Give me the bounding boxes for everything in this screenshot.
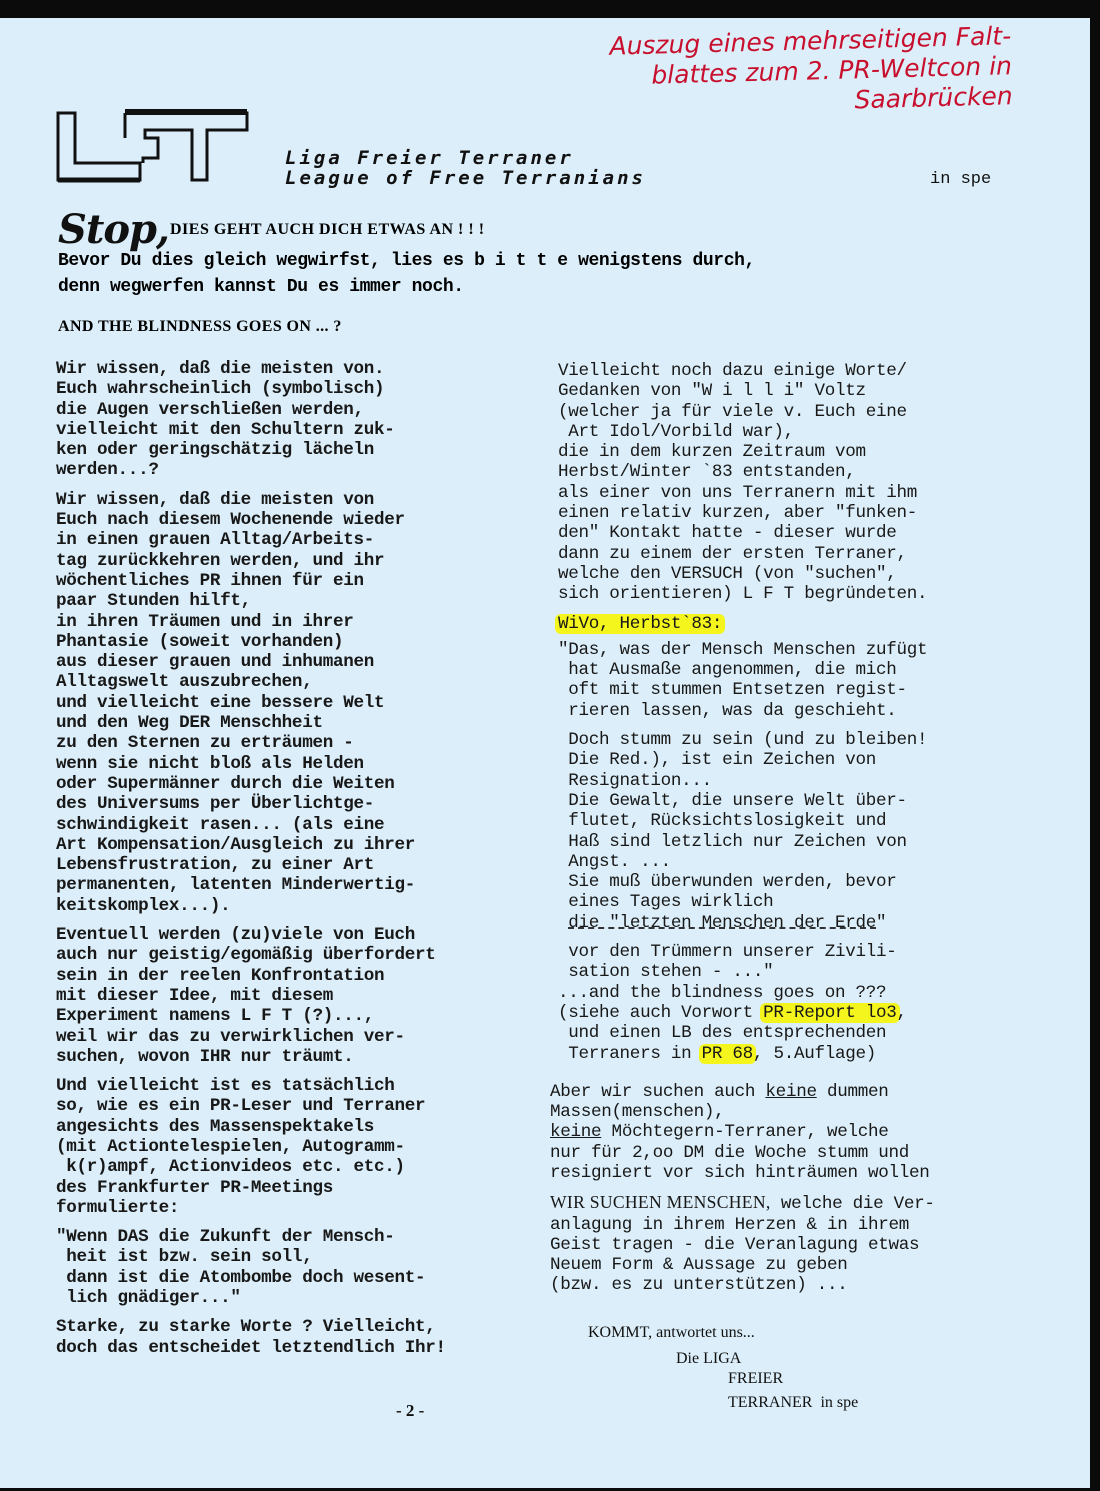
text-line: angesichts des Massenspektakels xyxy=(56,1117,536,1137)
text-line: Gedanken von "W i l l i" Voltz xyxy=(558,381,1038,401)
text-line: Wir wissen, daß die meisten von xyxy=(56,490,536,510)
text-line: paar Stunden hilft, xyxy=(56,591,536,611)
text-line: schwindigkeit rasen... (als eine xyxy=(56,815,536,835)
text-line: Phantasie (soweit vorhanden) xyxy=(56,632,536,652)
text-line: dann ist die Atombombe doch wesent- xyxy=(56,1268,536,1288)
quote-paragraph-2: Doch stumm zu sein (und zu bleiben! Die … xyxy=(558,730,1038,913)
text-line: Euch wahrscheinlich (symbolisch) xyxy=(56,379,536,399)
text: Geist tragen - die Veranlagung etwas xyxy=(550,1235,1038,1255)
text-line: wöchentliches PR ihnen für ein xyxy=(56,571,536,591)
text-line: weil wir das zu verwirklichen ver- xyxy=(56,1027,536,1047)
text-line: (mit Actiontelespielen, Autogramm- xyxy=(56,1137,536,1157)
lft-logo-icon xyxy=(55,108,255,188)
text-line: die Augen verschließen werden, xyxy=(56,400,536,420)
in-spe-label: in spe xyxy=(930,170,991,189)
text-line: aus dieser grauen und inhumanen xyxy=(56,652,536,672)
text-line: Alltagswelt auszubrechen, xyxy=(56,672,536,692)
reference-text: (siehe auch Vorwort xyxy=(558,1003,763,1023)
text-line: rieren lassen, was da geschieht. xyxy=(558,701,1038,721)
text-line: Angst. ... xyxy=(558,852,1038,872)
intro-line: Bevor Du dies gleich wegwirfst, lies es … xyxy=(58,248,755,274)
text-line: vielleicht mit den Schultern zuk- xyxy=(56,420,536,440)
quote-paragraph-3: vor den Trümmern unserer Zivili- sation … xyxy=(558,942,1038,983)
text-line: k(r)ampf, Actionvideos etc. etc.) xyxy=(56,1157,536,1177)
stop-word: Stop, xyxy=(58,206,169,253)
underlined-word: keine xyxy=(550,1122,601,1142)
underlined-word: keine xyxy=(765,1082,816,1102)
reference-line-1: (siehe auch Vorwort PR-Report lo3, xyxy=(558,1003,1038,1023)
text: Massen(menschen), xyxy=(550,1102,1038,1122)
text: (bzw. es zu unterstützen) ... xyxy=(550,1275,1038,1295)
signature-call: KOMMT, antwortet uns... xyxy=(588,1320,858,1346)
text: anlagung in ihrem Herzen & in ihrem xyxy=(550,1215,1038,1235)
text: Aber wir suchen auch xyxy=(550,1082,765,1102)
paragraph: Starke, zu starke Worte ? Vielleicht,doc… xyxy=(56,1317,536,1358)
text-line: Art Idol/Vorbild war), xyxy=(558,422,1038,442)
organization-name-en: League of Free Terranians xyxy=(285,168,646,188)
text-line: "Wenn DAS die Zukunft der Mensch- xyxy=(56,1227,536,1247)
underlined-phrase: die "letzten Menschen der Erde xyxy=(568,913,876,933)
text-line: werden...? xyxy=(56,460,536,480)
text-line: formulierte: xyxy=(56,1198,536,1218)
text-line: permanenten, latenten Minderwertig- xyxy=(56,875,536,895)
text-line: mit dieser Idee, mit diesem xyxy=(56,986,536,1006)
intro-paragraph: Vielleicht noch dazu einige Worte/Gedank… xyxy=(558,361,1038,605)
text-line: Euch nach diesem Wochenende wieder xyxy=(56,510,536,530)
text-line: so, wie es ein PR-Leser und Terraner xyxy=(56,1096,536,1116)
text-line: welche den VERSUCH (von "suchen", xyxy=(558,564,1038,584)
caps-text: WIR SUCHEN MENSCHEN, xyxy=(550,1192,771,1212)
intro-line: denn wegwerfen kannst Du es immer noch. xyxy=(58,274,755,300)
reference-text: , xyxy=(897,1003,907,1023)
reference-text: , 5.Auflage) xyxy=(753,1044,876,1064)
text: Neuem Form & Aussage zu geben xyxy=(550,1255,1038,1275)
text-line: ken oder geringschätzig lächeln xyxy=(56,440,536,460)
text-line: zu den Sternen zu erträumen - xyxy=(56,733,536,753)
text-line: "Das, was der Mensch Menschen zufügt xyxy=(558,640,1038,660)
quote-underlined-line: die "letzten Menschen der Erde" xyxy=(558,913,1038,933)
text-line: keitskomplex...). xyxy=(56,896,536,916)
quote-paragraph-1: "Das, was der Mensch Menschen zufügt hat… xyxy=(558,640,1038,721)
text-line: den" Kontakt hatte - dieser wurde xyxy=(558,523,1038,543)
signature: KOMMT, antwortet uns... Die LIGA FREIER … xyxy=(588,1320,858,1416)
text-line: wenn sie nicht bloß als Helden xyxy=(56,754,536,774)
text: welche die Ver- xyxy=(771,1194,935,1214)
text-line: dann zu einem der ersten Terraner, xyxy=(558,544,1038,564)
organization-name: Liga Freier Terraner League of Free Terr… xyxy=(285,148,646,188)
text-line: tag zurückkehren werden, und ihr xyxy=(56,551,536,571)
text-line: (welcher ja für viele v. Euch eine xyxy=(558,402,1038,422)
text-line: Wir wissen, daß die meisten von. xyxy=(56,359,536,379)
blindness-line: ...and the blindness goes on ??? xyxy=(558,983,1038,1003)
text-line: Vielleicht noch dazu einige Worte/ xyxy=(558,361,1038,381)
text-line: in ihren Träumen und in ihrer xyxy=(56,612,536,632)
quote-source-highlight: WiVo, Herbst`83: xyxy=(555,614,725,634)
paragraph: Wir wissen, daß die meisten vonEuch nach… xyxy=(56,490,536,916)
text-line: sein in der reelen Konfrontation xyxy=(56,966,536,986)
text-line: Eventuell werden (zu)viele von Euch xyxy=(56,925,536,945)
text-line: Sie muß überwunden werden, bevor xyxy=(558,872,1038,892)
text-line: Experiment namens L F T (?)..., xyxy=(56,1006,536,1026)
right-column: Vielleicht noch dazu einige Worte/Gedank… xyxy=(558,361,1038,1305)
text-line: des Frankfurter PR-Meetings xyxy=(56,1178,536,1198)
intro-text: Bevor Du dies gleich wegwirfst, lies es … xyxy=(58,248,755,300)
reference-highlight-pr-68: PR 68 xyxy=(699,1044,756,1064)
paragraph: Eventuell werden (zu)viele von Euchauch … xyxy=(56,925,536,1067)
reference-highlight-pr-report: PR-Report lo3 xyxy=(760,1003,899,1023)
signature-line: TERRANER in spe xyxy=(588,1390,858,1416)
text-line: lich gnädiger..." xyxy=(56,1288,536,1308)
paragraph: Wir wissen, daß die meisten von.Euch wah… xyxy=(56,359,536,481)
text-line: eines Tages wirklich xyxy=(558,892,1038,912)
left-column: Wir wissen, daß die meisten von.Euch wah… xyxy=(56,359,536,1367)
text-line: Und vielleicht ist es tatsächlich xyxy=(56,1076,536,1096)
text-line: oder Supermänner durch die Weiten xyxy=(56,774,536,794)
text-line: des Universums per Überlichtge- xyxy=(56,794,536,814)
text-line: Haß sind letzlich nur Zeichen von xyxy=(558,832,1038,852)
quote-source-line: WiVo, Herbst`83: xyxy=(558,614,1038,634)
text: Möchtegern-Terraner, welche xyxy=(601,1122,888,1142)
text-line: Herbst/Winter `83 entstanden, xyxy=(558,462,1038,482)
text: nur für 2,oo DM die Woche stumm und xyxy=(550,1143,1038,1163)
text-line: sich orientieren) L F T begründeten. xyxy=(558,584,1038,604)
text-line: in einen grauen Alltag/Arbeits- xyxy=(56,530,536,550)
handwritten-annotation: Auszug eines mehrseitigen Falt- blattes … xyxy=(491,21,1013,125)
page-number: - 2 - xyxy=(396,1401,424,1421)
text-line: Lebensfrustration, zu einer Art xyxy=(56,855,536,875)
text-line: doch das entscheidet letztendlich Ihr! xyxy=(56,1338,536,1358)
headline: DIES GEHT AUCH DICH ETWAS AN ! ! ! xyxy=(170,221,485,239)
text-line: vor den Trümmern unserer Zivili- xyxy=(558,942,1038,962)
text: resigniert vor sich hinträumen wollen xyxy=(550,1163,1038,1183)
text-line: oft mit stummen Entsetzen regist- xyxy=(558,680,1038,700)
text-line: sation stehen - ..." xyxy=(558,962,1038,982)
paragraph: "Wenn DAS die Zukunft der Mensch- heit i… xyxy=(56,1227,536,1308)
text-line: flutet, Rücksichtslosigkeit und xyxy=(558,811,1038,831)
text-line: als einer von uns Terranern mit ihm xyxy=(558,483,1038,503)
text-line: Die Gewalt, die unsere Welt über- xyxy=(558,791,1038,811)
subhead: AND THE BLINDNESS GOES ON ... ? xyxy=(58,318,342,336)
text-line: suchen, wovon IHR nur träumt. xyxy=(56,1047,536,1067)
text: dummen xyxy=(817,1082,889,1102)
document-page: Auszug eines mehrseitigen Falt- blattes … xyxy=(0,18,1090,1488)
search-paragraph-1: Aber wir suchen auch keine dummen Massen… xyxy=(550,1082,1038,1183)
text-line: die in dem kurzen Zeitraum vom xyxy=(558,442,1038,462)
text-line: hat Ausmaße angenommen, die mich xyxy=(558,660,1038,680)
text-line: Doch stumm zu sein (und zu bleiben! xyxy=(558,730,1038,750)
reference-text: Terraners in xyxy=(558,1044,702,1064)
organization-name-de: Liga Freier Terraner xyxy=(285,148,646,168)
text-line: Resignation... xyxy=(558,771,1038,791)
text-line: Art Kompensation/Ausgleich zu ihrer xyxy=(56,835,536,855)
reference-line-2: und einen LB des entsprechenden xyxy=(558,1023,1038,1043)
text-line: und vielleicht eine bessere Welt xyxy=(56,693,536,713)
reference-line-3: Terraners in PR 68, 5.Auflage) xyxy=(558,1044,1038,1064)
paragraph: Und vielleicht ist es tatsächlichso, wie… xyxy=(56,1076,536,1218)
text-line: heit ist bzw. sein soll, xyxy=(56,1247,536,1267)
text-line: und den Weg DER Menschheit xyxy=(56,713,536,733)
text-line: auch nur geistig/egomäßig überfordert xyxy=(56,945,536,965)
text-line: Die Red.), ist ein Zeichen von xyxy=(558,750,1038,770)
text-line: Starke, zu starke Worte ? Vielleicht, xyxy=(56,1317,536,1337)
search-paragraph-2: WIR SUCHEN MENSCHEN, welche die Ver- anl… xyxy=(550,1192,1038,1295)
quote-mark: " xyxy=(876,913,886,933)
text-line: einen relativ kurzen, aber "funken- xyxy=(558,503,1038,523)
